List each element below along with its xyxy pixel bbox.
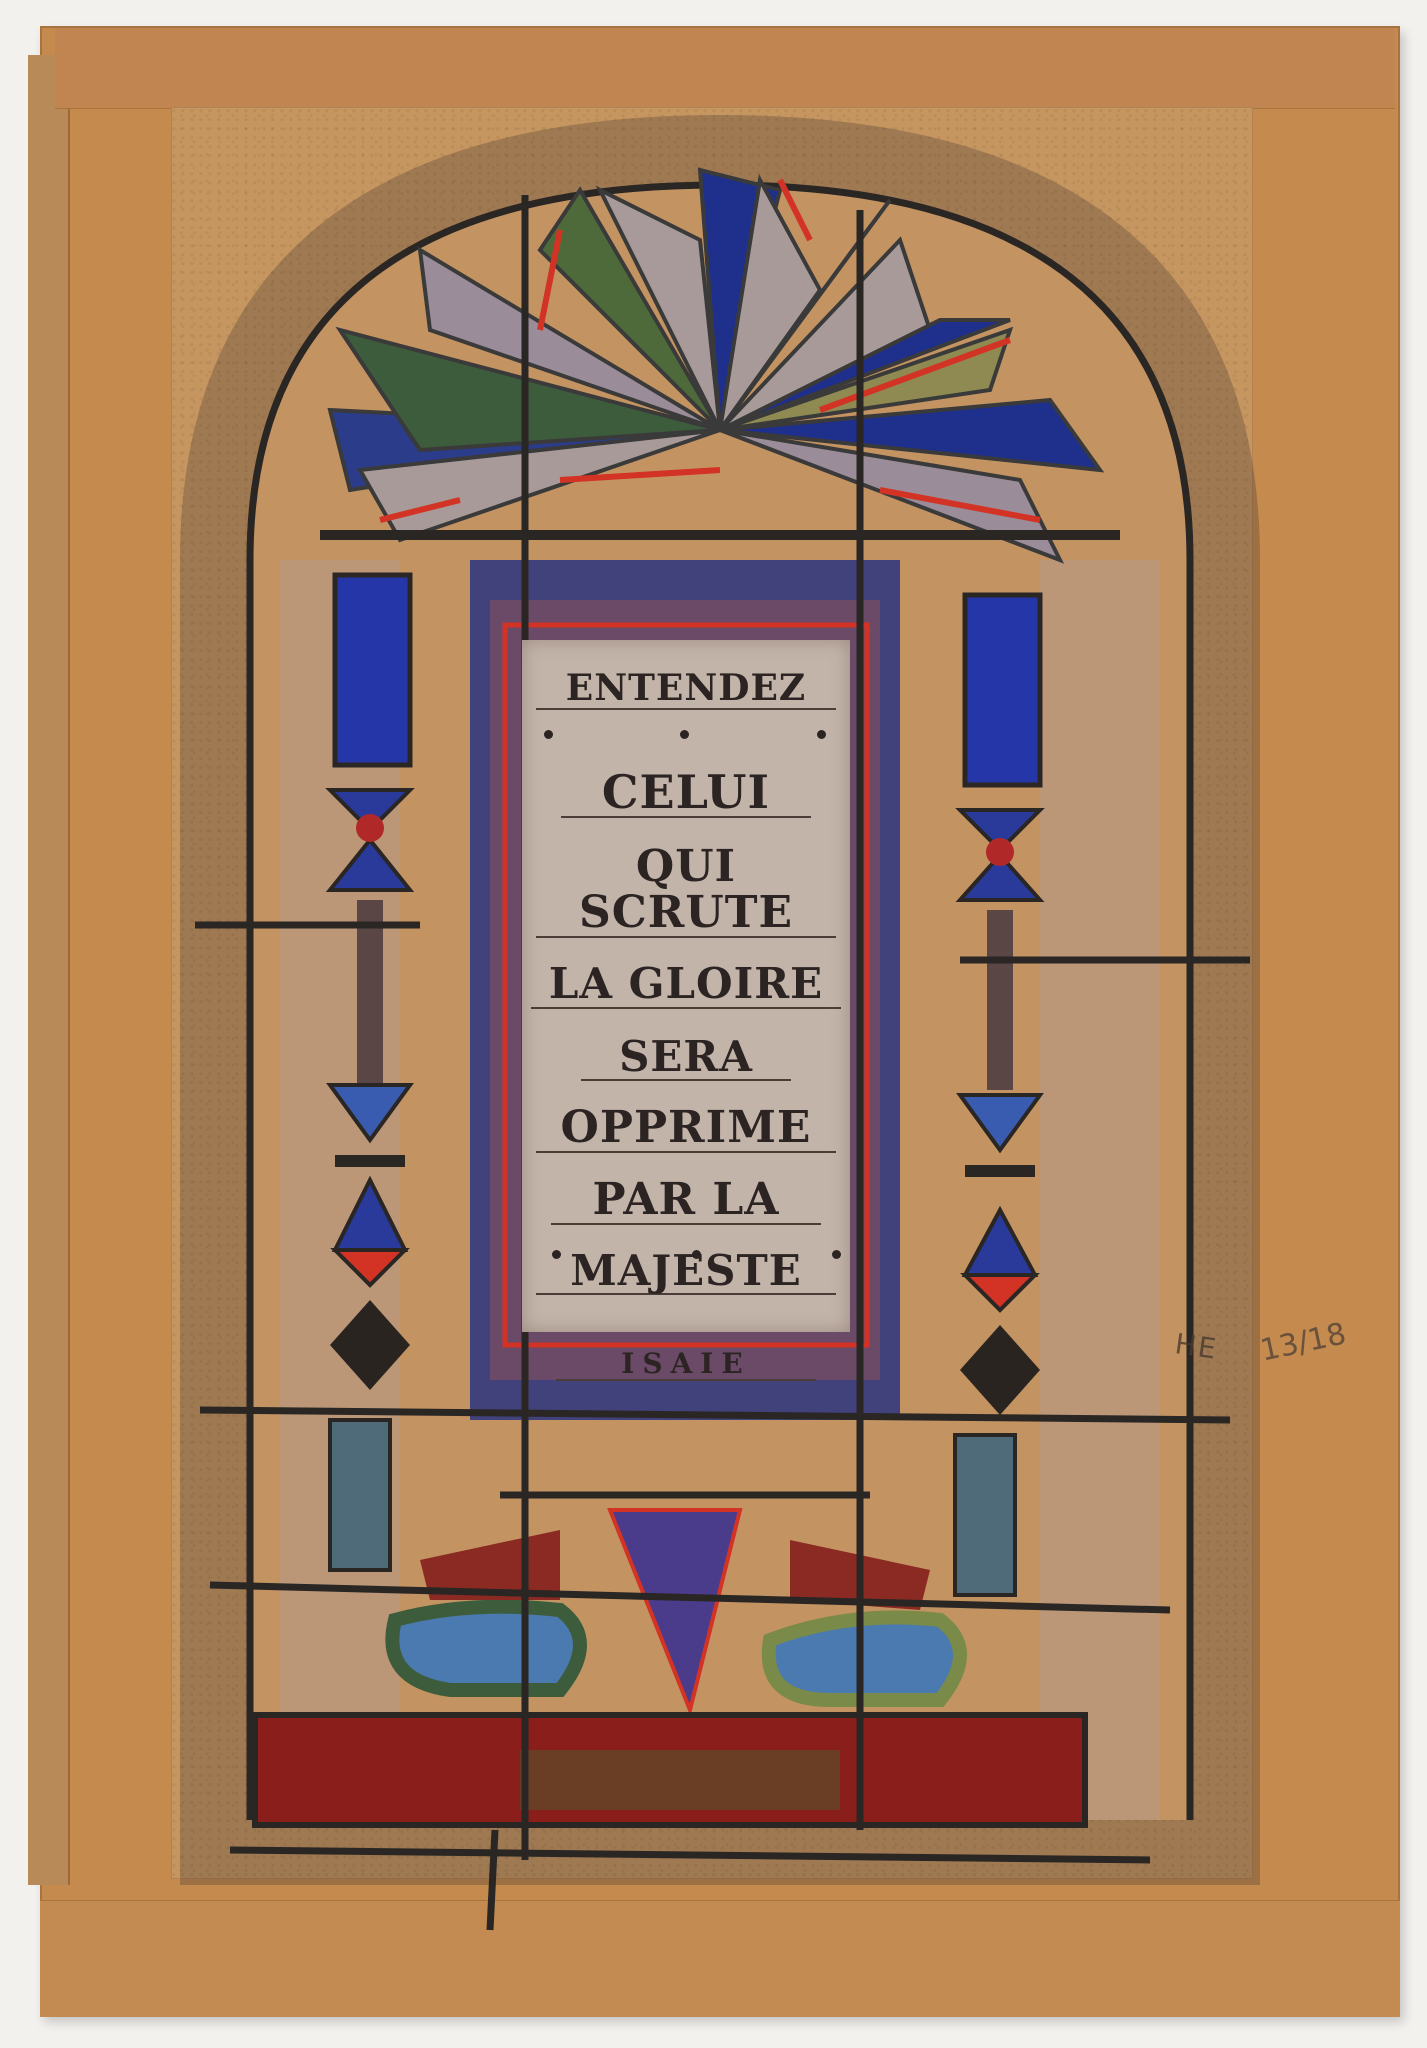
inscription-line: PAR LA (551, 1177, 821, 1225)
inscription-line: OPPRIME (536, 1105, 836, 1153)
pencil-signature: HE (1173, 1327, 1220, 1366)
inscription-line: LA GLOIRE (531, 962, 841, 1008)
inscription-line: SERA (581, 1035, 791, 1081)
inscription-attribution: ISAIE (556, 1349, 816, 1380)
inscription-tablet: ENTENDEZ CELUI QUI SCRUTE LA GLOIRE SERA… (522, 640, 850, 1332)
inscription-line: QUI SCRUTE (536, 844, 836, 938)
inscription-line: ENTENDEZ (536, 640, 836, 710)
inscription-line: CELUI (561, 768, 811, 818)
